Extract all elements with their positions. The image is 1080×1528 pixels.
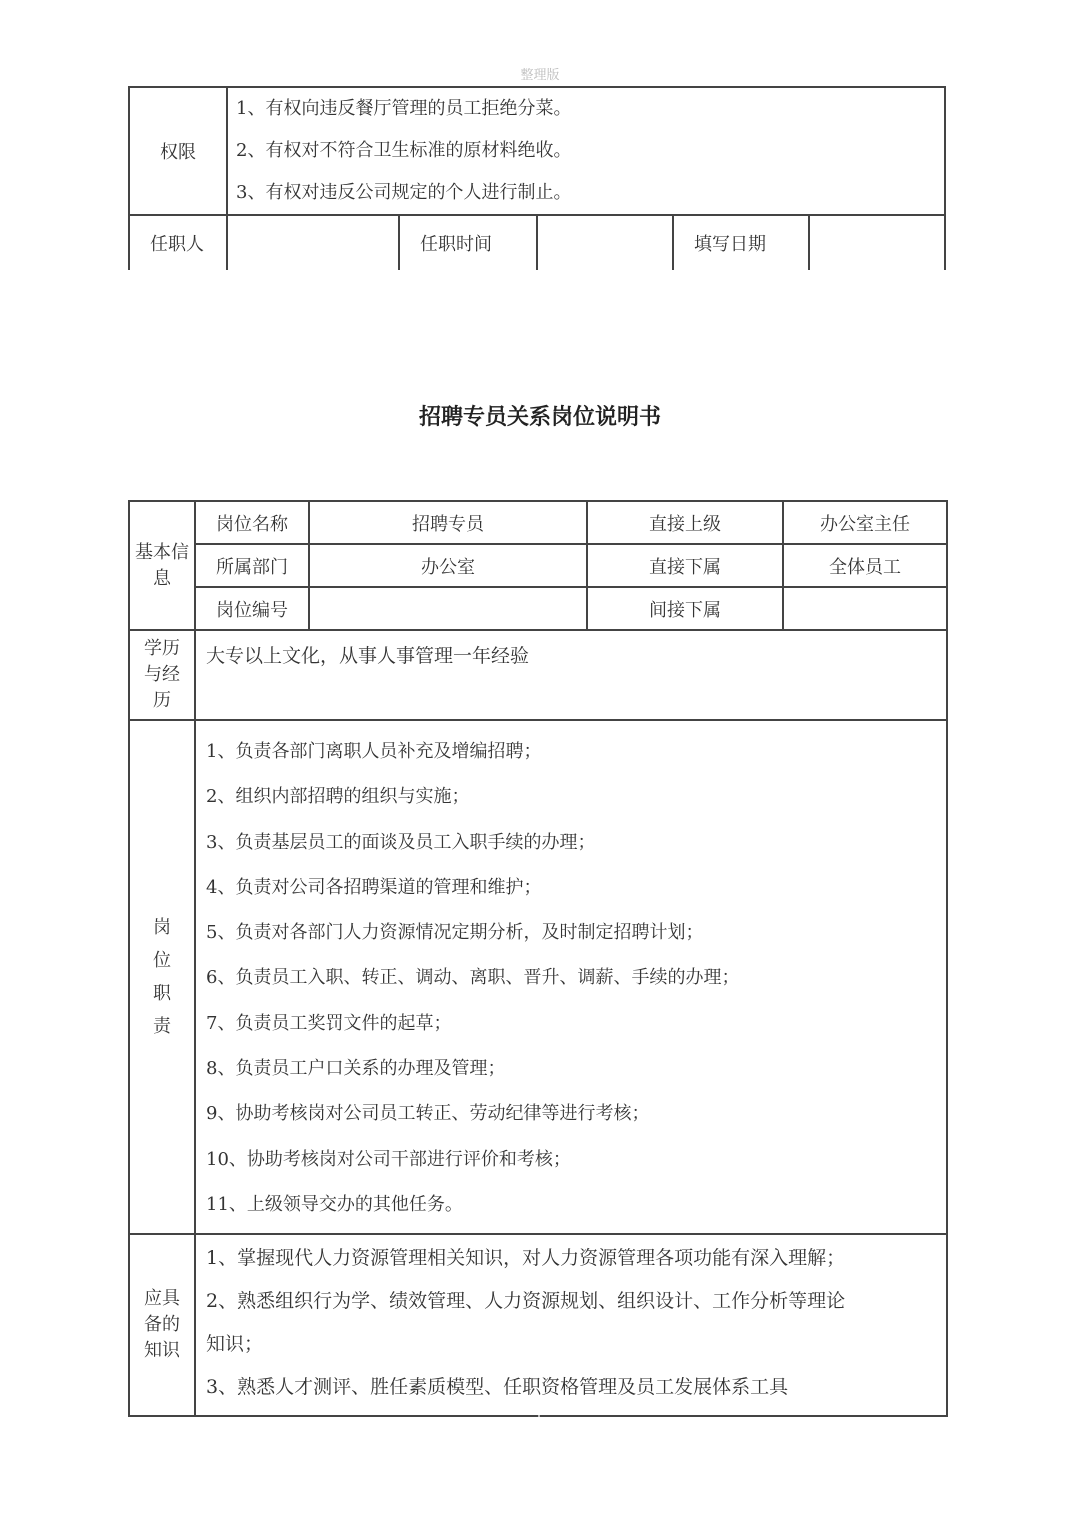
duty-item: 2、组织内部招聘的组织与实施； xyxy=(206,774,946,819)
duty-item: 10、协助考核岗对公司干部进行评价和考核； xyxy=(206,1137,946,1182)
authority-item: 3、有权对违反公司规定的个人进行制止。 xyxy=(236,172,944,214)
authority-table: 权限 1、有权向违反餐厅管理的员工拒绝分菜。 2、有权对不符合卫生标准的原材料绝… xyxy=(128,86,946,270)
duties-label: 岗位职责 xyxy=(129,720,195,1234)
document-title: 招聘专员关系岗位说明书 xyxy=(0,400,1080,431)
duty-item: 9、协助考核岗对公司员工转正、劳动纪律等进行考核； xyxy=(206,1091,946,1136)
knowledge-label: 应具备的知识 xyxy=(129,1234,195,1416)
knowledge-list: 1、掌握现代人力资源管理相关知识，对人力资源管理各项功能有深入理解； 2、熟悉组… xyxy=(195,1234,947,1416)
info-key: 直接下属 xyxy=(587,544,783,587)
holder-value xyxy=(227,215,399,270)
education-label: 学历与经历 xyxy=(129,630,195,720)
info-key: 间接下属 xyxy=(587,587,783,630)
duty-item: 6、负责员工入职、转正、调动、离职、晋升、调薪、手续的办理； xyxy=(206,955,946,1000)
info-key: 岗位名称 xyxy=(195,501,309,544)
page-mark xyxy=(538,1415,540,1417)
info-value xyxy=(783,587,947,630)
holder-label: 任职人 xyxy=(129,215,227,270)
info-key: 所属部门 xyxy=(195,544,309,587)
duty-item: 8、负责员工户口关系的办理及管理； xyxy=(206,1046,946,1091)
duty-item: 7、负责员工奖罚文件的起草； xyxy=(206,1001,946,1046)
duties-list: 1、负责各部门离职人员补充及增编招聘； 2、组织内部招聘的组织与实施； 3、负责… xyxy=(195,720,947,1234)
info-value: 办公室主任 xyxy=(783,501,947,544)
tenure-label: 任职时间 xyxy=(399,215,537,270)
knowledge-item: 1、掌握现代人力资源管理相关知识，对人力资源管理各项功能有深入理解； xyxy=(206,1237,946,1280)
duty-item: 3、负责基层员工的面谈及员工入职手续的办理； xyxy=(206,820,946,865)
knowledge-item: 3、熟悉人才测评、胜任素质模型、任职资格管理及员工发展体系工具 xyxy=(206,1366,946,1409)
basic-info-label: 基本信息 xyxy=(129,501,195,630)
authority-item: 1、有权向违反餐厅管理的员工拒绝分菜。 xyxy=(236,88,944,130)
watermark-header: 整理版 xyxy=(0,64,1080,83)
date-label: 填写日期 xyxy=(673,215,809,270)
info-value: 招聘专员 xyxy=(309,501,587,544)
knowledge-item: 2、熟悉组织行为学、绩效管理、人力资源规划、组织设计、工作分析等理论 xyxy=(206,1280,946,1323)
tenure-value xyxy=(537,215,673,270)
authority-list: 1、有权向违反餐厅管理的员工拒绝分菜。 2、有权对不符合卫生标准的原材料绝收。 … xyxy=(227,87,945,215)
duty-item: 4、负责对公司各招聘渠道的管理和维护； xyxy=(206,865,946,910)
info-value xyxy=(309,587,587,630)
duty-item: 1、负责各部门离职人员补充及增编招聘； xyxy=(206,729,946,774)
info-key: 岗位编号 xyxy=(195,587,309,630)
info-value: 全体员工 xyxy=(783,544,947,587)
info-value: 办公室 xyxy=(309,544,587,587)
date-value xyxy=(809,215,945,270)
job-description-table: 基本信息 岗位名称 招聘专员 直接上级 办公室主任 所属部门 办公室 直接下属 … xyxy=(128,500,948,1417)
knowledge-item: 知识； xyxy=(206,1323,946,1366)
duty-item: 11、上级领导交办的其他任务。 xyxy=(206,1182,946,1227)
info-key: 直接上级 xyxy=(587,501,783,544)
authority-item: 2、有权对不符合卫生标准的原材料绝收。 xyxy=(236,130,944,172)
duty-item: 5、负责对各部门人力资源情况定期分析，及时制定招聘计划； xyxy=(206,910,946,955)
authority-label: 权限 xyxy=(129,87,227,215)
education-value: 大专以上文化，从事人事管理一年经验 xyxy=(195,630,947,720)
